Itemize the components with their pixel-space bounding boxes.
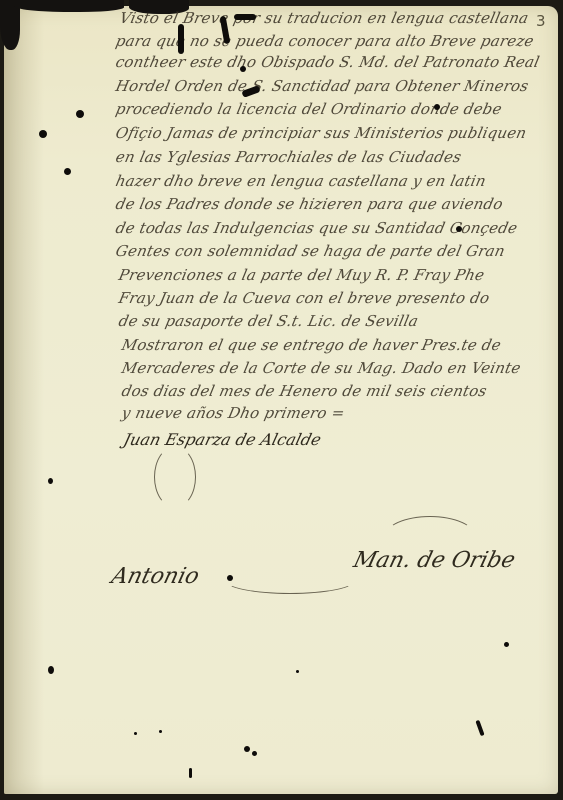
ink-blot bbox=[76, 110, 84, 118]
text-line: dos dias del mes de Henero de mil seis c… bbox=[120, 382, 488, 400]
ink-blot bbox=[227, 575, 233, 581]
page-number: 3 bbox=[536, 12, 546, 30]
text-line: Hordel Orden de S. Sanctidad para Obtene… bbox=[114, 77, 530, 95]
manuscript-page: 3 Visto el Breve por su traducion en len… bbox=[4, 6, 558, 794]
text-line: Prevenciones a la parte del Muy R. P. Fr… bbox=[117, 266, 486, 284]
ink-blot bbox=[434, 104, 440, 110]
text-line: Ofiçio Jamas de principiar sus Ministeri… bbox=[114, 124, 528, 142]
ink-blot bbox=[48, 478, 53, 484]
text-line: procediendo la licencia del Ordinario do… bbox=[114, 100, 504, 118]
signature-antonio: Antonio bbox=[109, 564, 202, 589]
ink-blot bbox=[159, 730, 162, 733]
text-line: Mostraron el que se entrego de haver Pre… bbox=[120, 336, 503, 354]
text-line: de los Padres donde se hizieren para que… bbox=[114, 195, 505, 213]
signature-flourish bbox=[154, 446, 196, 508]
ink-blot bbox=[134, 732, 137, 735]
ink-blot bbox=[504, 642, 509, 647]
ink-blot bbox=[64, 168, 71, 175]
text-line: en las Yglesias Parrochiales de las Ciud… bbox=[114, 148, 463, 166]
text-line: hazer dho breve en lengua castellana y e… bbox=[114, 172, 488, 190]
ink-blot bbox=[234, 14, 256, 20]
ink-blot bbox=[244, 746, 250, 752]
text-line: Fray Juan de la Cueva con el breve prese… bbox=[117, 289, 491, 307]
ink-blot bbox=[252, 751, 257, 756]
ink-blot bbox=[48, 666, 54, 674]
ink-blot bbox=[456, 226, 462, 232]
ink-blot bbox=[39, 130, 47, 138]
text-line: contheer este dho Obispado S. Md. del Pa… bbox=[114, 53, 541, 71]
ink-blot bbox=[178, 24, 184, 54]
signature-notary: Juan Esparza de Alcalde bbox=[122, 430, 324, 449]
ink-stain-top bbox=[14, 0, 124, 12]
text-line: Mercaderes de la Corte de su Mag. Dado e… bbox=[120, 359, 522, 377]
text-line: Gentes con solemnidad se haga de parte d… bbox=[114, 242, 507, 260]
text-line: y nueve años Dho primero = bbox=[120, 404, 346, 422]
ink-blot bbox=[240, 66, 246, 72]
ink-blot bbox=[296, 670, 299, 673]
ink-blot bbox=[189, 768, 192, 778]
signature-flourish bbox=[224, 566, 356, 594]
text-line: de su pasaporte del S.t. Lic. de Sevilla bbox=[117, 312, 420, 330]
signature-flourish bbox=[384, 516, 476, 558]
ink-blot bbox=[475, 720, 484, 736]
